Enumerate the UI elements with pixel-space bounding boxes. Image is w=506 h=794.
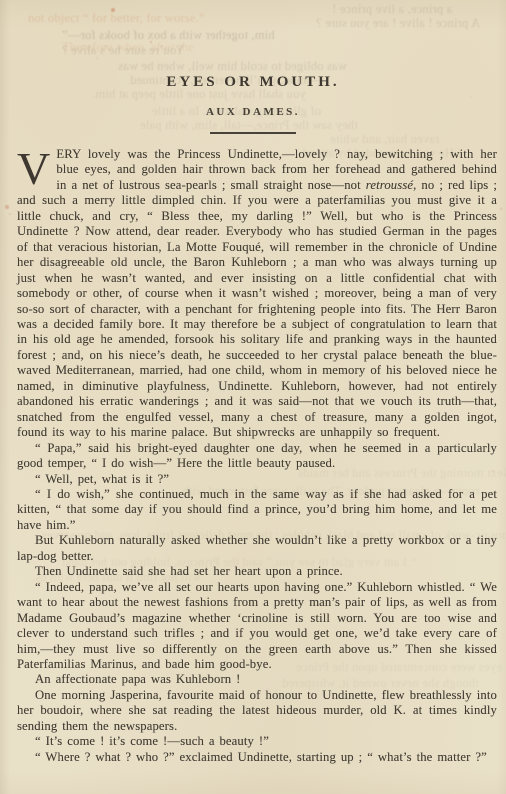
paragraph-4: “ I do wish,” she continued, much in the… (17, 487, 497, 533)
text-run: An affectionate papa was Kuhleborn ! (35, 672, 241, 686)
show-through-fragment: You’re sure he’s alive ? (62, 43, 184, 57)
paragraph-9: One morning Jasperina, favourite maid of… (17, 688, 497, 734)
show-through-fragment: a prince, a live prince ! (332, 2, 452, 16)
paragraph-10: “ It’s come ! it’s come !—such a beauty … (17, 734, 497, 749)
foxing-spots (0, 0, 2, 2)
text-run: Then Undinette said she had set her hear… (35, 564, 343, 578)
text-run: , no ; red lips ; and such a merry littl… (17, 178, 497, 439)
paragraph-8: An affectionate papa was Kuhleborn ! (17, 672, 497, 687)
show-through-fragment: Therefore when, after the (62, 40, 194, 54)
italic-run: retroussé (366, 178, 413, 192)
paragraph-1: VERY lovely was the Princess Undinette,—… (17, 147, 497, 441)
show-through-fragment: him, together with a box of books for—” (62, 28, 275, 42)
article-body: VERY lovely was the Princess Undinette,—… (0, 147, 506, 765)
paragraph-3: “ Well, pet, what is it ?” (17, 472, 497, 487)
show-through-fragment: A prince ! alive ! are you sure ? (316, 16, 480, 30)
text-run: One morning Jasperina, favourite maid of… (17, 688, 497, 733)
paragraph-5: But Kuhleborn naturally asked whether sh… (17, 533, 497, 564)
text-run: “ It’s come ! it’s come !—such a beauty … (35, 734, 269, 748)
text-run: But Kuhleborn naturally asked whether sh… (17, 533, 497, 562)
show-through-fragment: not object “ for better, for worse.” (28, 11, 205, 25)
paragraph-6: Then Undinette said she had set her hear… (17, 564, 497, 579)
text-run: “ Where ? what ? who ?” exclaimed Undine… (35, 750, 487, 764)
text-run: “ Well, pet, what is it ?” (35, 472, 169, 486)
text-run: “ Papa,” said his bright-eyed daughter o… (17, 441, 497, 470)
text-run: “ Indeed, papa, we’ve all set our hearts… (17, 580, 497, 671)
paragraph-7: “ Indeed, papa, we’ve all set our hearts… (17, 580, 497, 673)
article-subtitle: AUX DAMES. (0, 106, 506, 118)
paragraph-2: “ Papa,” said his bright-eyed daughter o… (17, 441, 497, 472)
book-page: not object “ for better, for worse.”Ther… (0, 0, 506, 794)
title-rule (210, 132, 296, 134)
article-title: EYES OR MOUTH. (0, 74, 506, 91)
page-content: EYES OR MOUTH. AUX DAMES. VERY lovely wa… (0, 74, 506, 765)
paragraph-11: “ Where ? what ? who ?” exclaimed Undine… (17, 750, 497, 765)
text-run: “ I do wish,” she continued, much in the… (17, 487, 497, 532)
show-through-fragment: was obliged to scold him well, when he w… (118, 59, 347, 73)
drop-cap: V (17, 147, 56, 188)
